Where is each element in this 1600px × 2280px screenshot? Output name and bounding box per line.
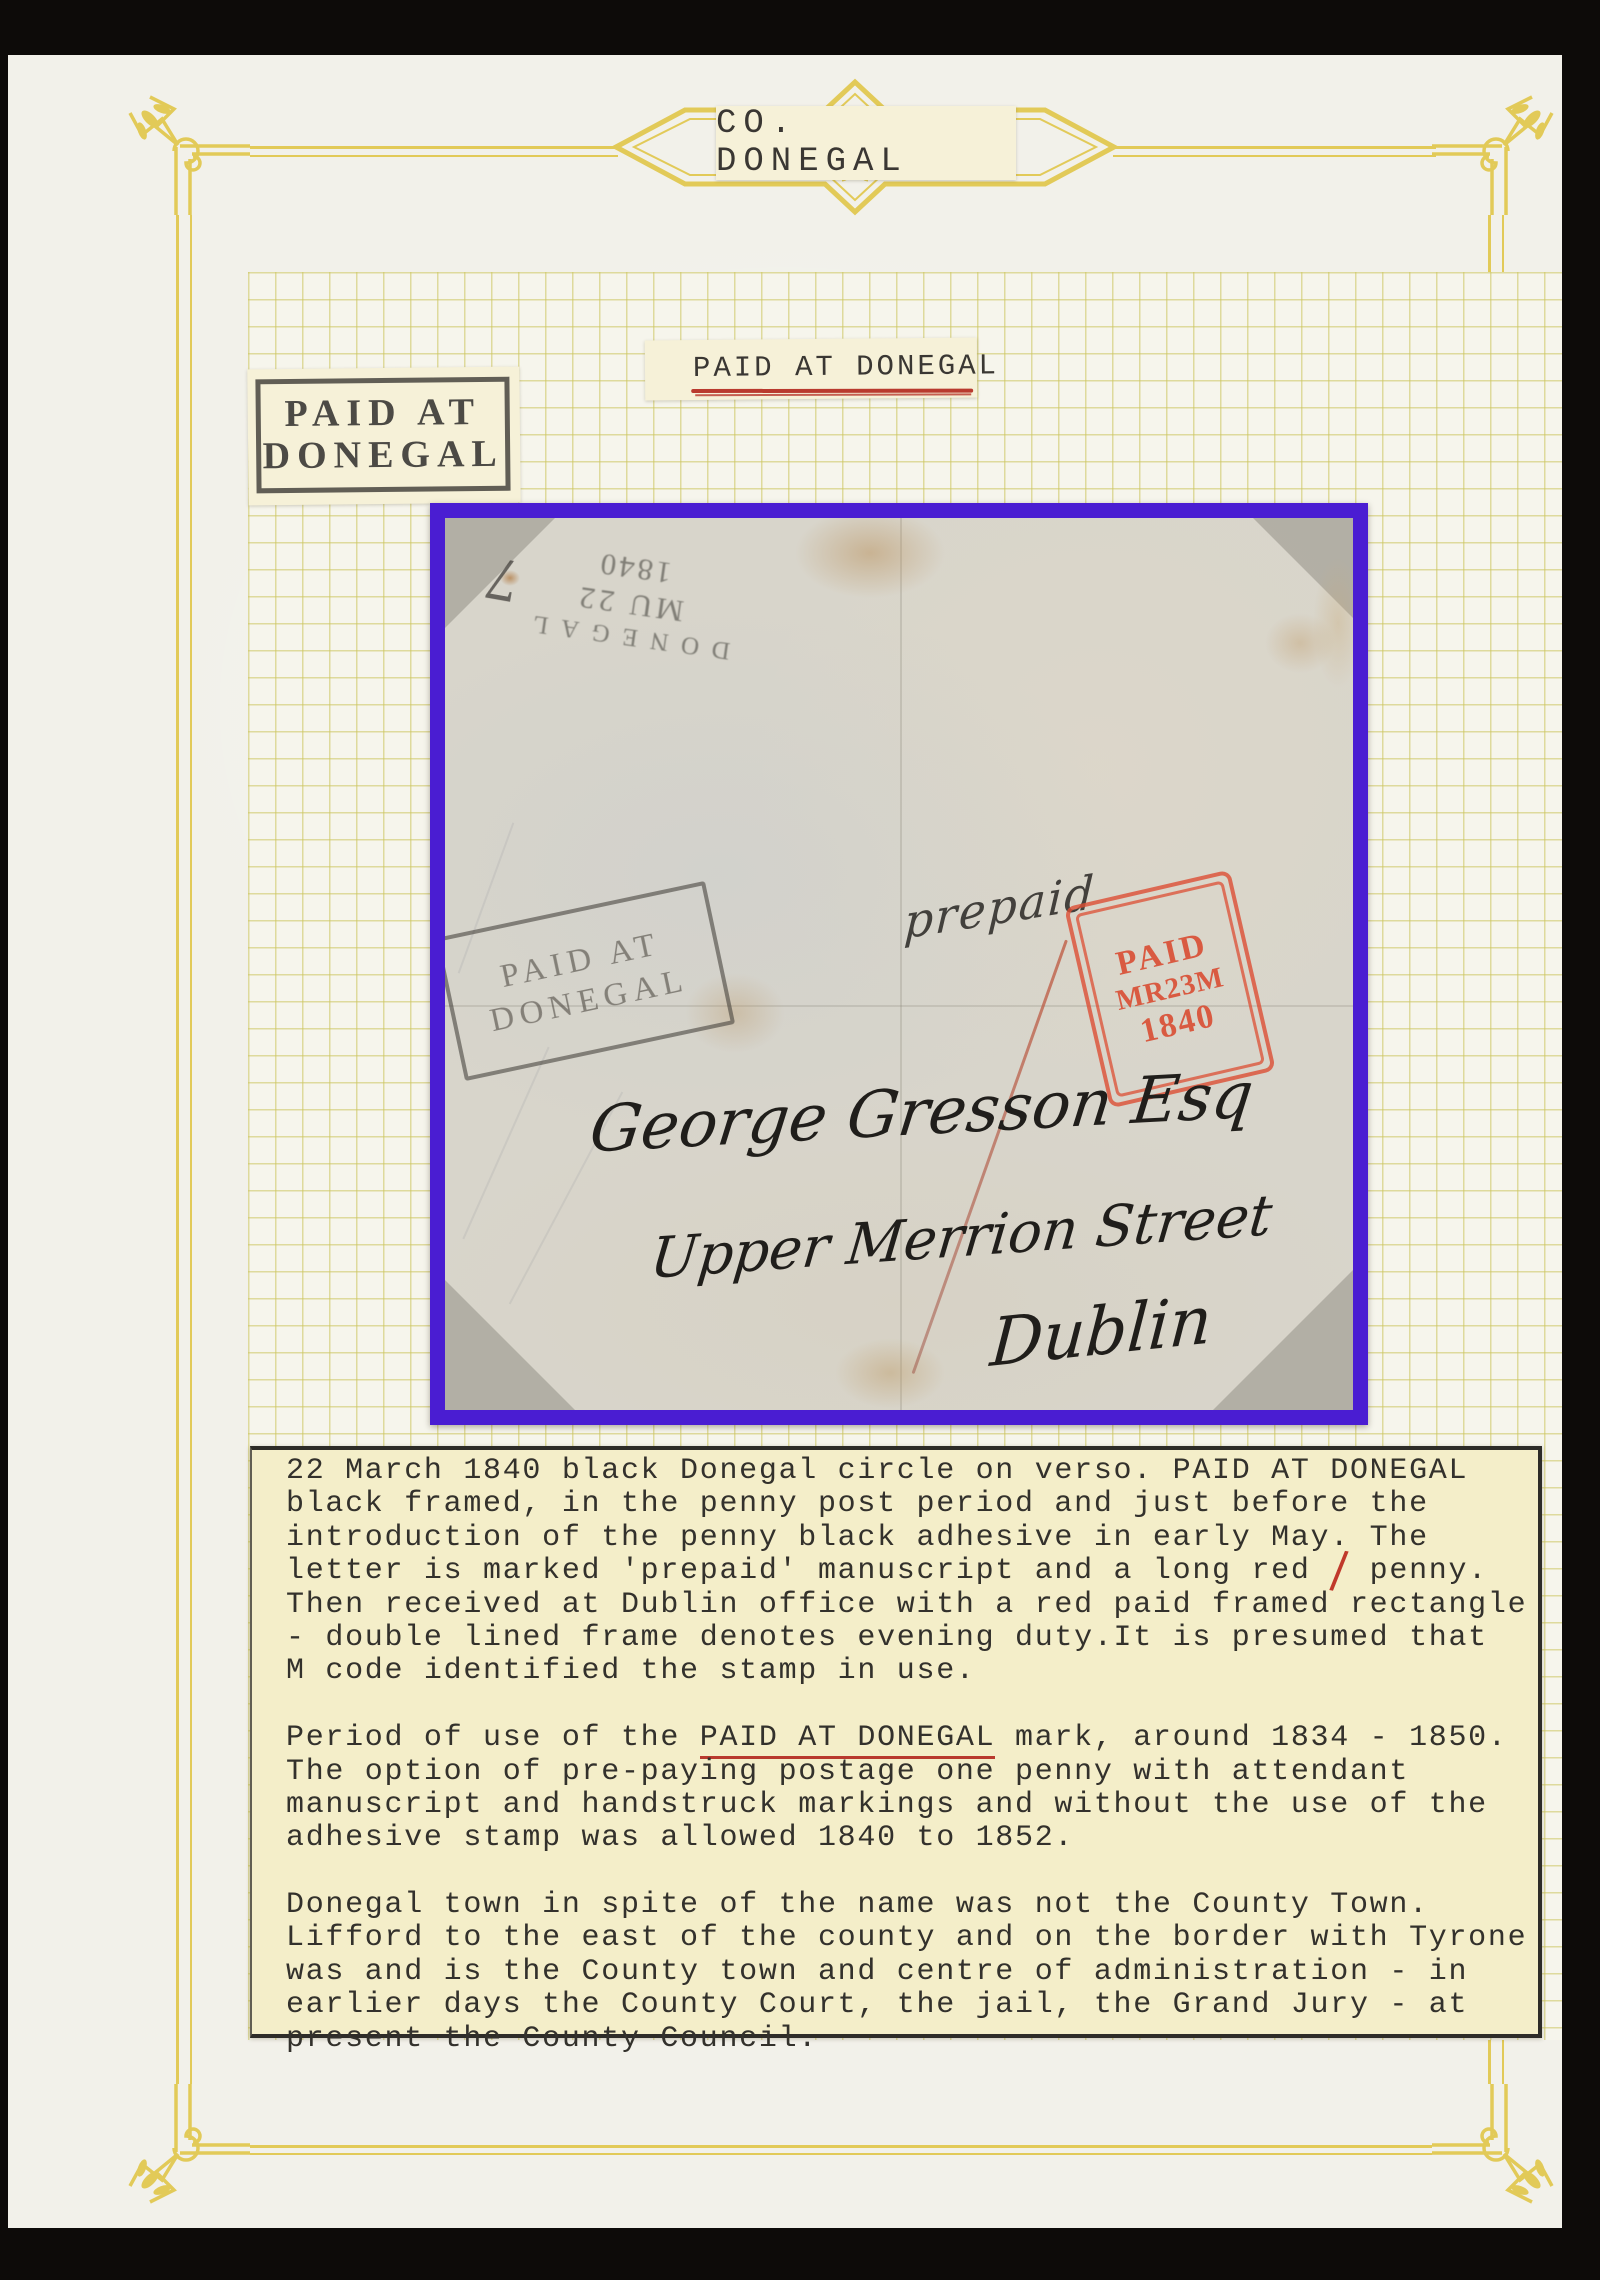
circular-datestamp: DONEGAL MU 22 1840 (490, 518, 770, 700)
caption-line: was and is the County town and centre of… (286, 1956, 1538, 1989)
caption-text: penny. (1350, 1554, 1488, 1588)
handstamp-replica-frame: PAID AT DONEGAL (255, 377, 510, 494)
caption-line: earlier days the County Court, the jail,… (286, 1989, 1538, 2022)
caption-text: mark, around 1834 - 1850. (995, 1721, 1507, 1755)
corner-flourish-icon (120, 85, 250, 215)
address-line-1: George Gresson Esq (586, 1058, 1257, 1167)
paid-at-donegal-handstamp: PAID AT DONEGAL (445, 881, 735, 1081)
border-line-bottom (250, 2145, 1432, 2148)
border-line-top-right-inner (1113, 155, 1436, 157)
red-manuscript-slash: / (1327, 1546, 1352, 1613)
photo-corner (1213, 1270, 1353, 1410)
handstamp-replica-line2: DONEGAL (262, 434, 504, 478)
caption-line: The option of pre-paying postage one pen… (286, 1756, 1538, 1789)
caption-line: manuscript and handstruck markings and w… (286, 1789, 1538, 1822)
caption-line: present the County Council. (286, 2023, 1538, 2056)
page-title: CO. DONEGAL (716, 105, 1016, 181)
section-heading: PAID AT DONEGAL (693, 349, 999, 385)
caption-line: 22 March 1840 black Donegal circle on ve… (286, 1455, 1538, 1488)
section-heading-label: PAID AT DONEGAL (645, 338, 978, 401)
heading-red-underline (691, 389, 973, 393)
caption-line: black framed, in the penny post period a… (286, 1488, 1538, 1521)
caption-line: - double lined frame denotes evening dut… (286, 1622, 1538, 1655)
corner-flourish-icon (120, 2084, 250, 2214)
caption-line: M code identified the stamp in use. (286, 1655, 1538, 1688)
caption-text: letter is marked 'prepaid' manuscript an… (286, 1554, 1330, 1588)
address-line-2: Upper Merrion Street (647, 1183, 1275, 1292)
fold-crease (900, 518, 902, 1410)
caption-line: adhesive stamp was allowed 1840 to 1852. (286, 1822, 1538, 1855)
manuscript-prepaid: prepaid (903, 864, 1097, 949)
caption-line: Then received at Dublin office with a re… (286, 1589, 1538, 1622)
border-line-bottom-inner (250, 2153, 1432, 2155)
caption-underlined-text: PAID AT DONEGAL (700, 1721, 996, 1759)
corner-flourish-icon (1432, 85, 1562, 215)
corner-flourish-icon (1432, 2084, 1562, 2214)
border-line-top-right (1113, 146, 1436, 149)
caption-paragraph-gap (286, 1856, 1538, 1889)
stain (835, 1338, 945, 1408)
caption-paragraph-gap (286, 1689, 1538, 1722)
caption-line: Donegal town in spite of the name was no… (286, 1889, 1538, 1922)
cover-photo-mount: DONEGAL MU 22 1840 7 PAID AT DONEGAL pre… (430, 503, 1368, 1425)
album-page-scan: CO. DONEGAL PAID AT DONEGAL PAID AT DONE… (0, 0, 1600, 2280)
stain (1313, 558, 1353, 688)
heading-red-underline (695, 393, 971, 396)
address-line-3: Dublin (988, 1281, 1215, 1382)
border-line-left-inner (190, 215, 192, 2084)
caption-line: Lifford to the east of the county and on… (286, 1922, 1538, 1955)
page-title-label: CO. DONEGAL (716, 106, 1016, 180)
stain (795, 518, 945, 598)
caption-line: Period of use of the PAID AT DONEGAL mar… (286, 1722, 1538, 1755)
handstamp-replica-line1: PAID AT (284, 392, 481, 436)
border-line-top-left (250, 146, 618, 149)
caption-text: Period of use of the (286, 1721, 700, 1755)
caption-block: 22 March 1840 black Donegal circle on ve… (250, 1446, 1542, 2038)
handstamp-replica-label: PAID AT DONEGAL (247, 367, 520, 506)
border-line-left (176, 215, 179, 2084)
border-line-top-left-inner (250, 155, 618, 157)
caption-line: letter is marked 'prepaid' manuscript an… (286, 1555, 1538, 1588)
cover-letter: DONEGAL MU 22 1840 7 PAID AT DONEGAL pre… (445, 518, 1353, 1410)
